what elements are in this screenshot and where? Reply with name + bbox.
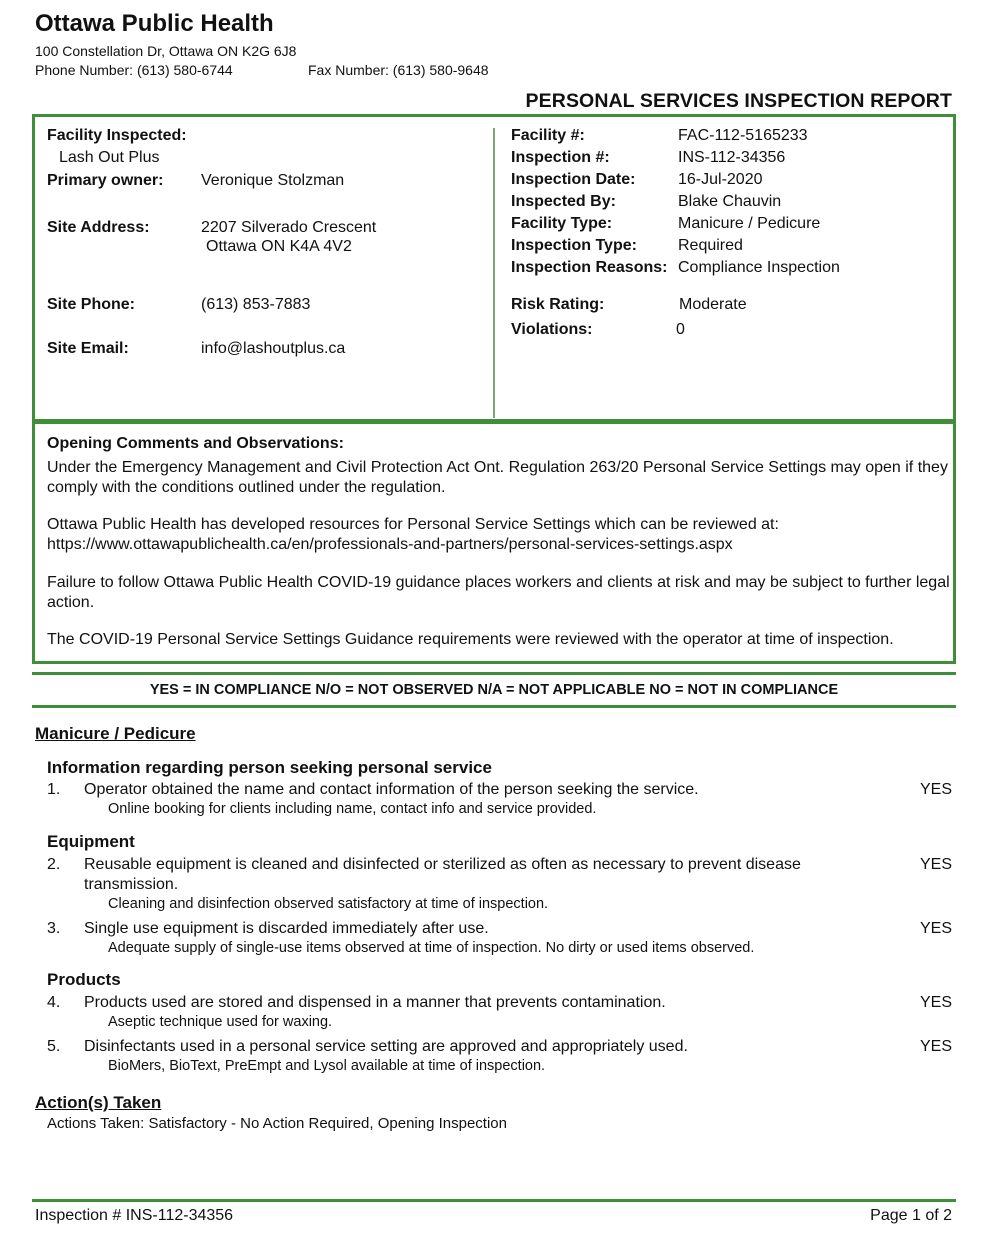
inspection-field-label: Facility Type: [511, 215, 612, 233]
risk-rating-label: Risk Rating: [511, 296, 604, 314]
item-text: Products used are stored and dispensed i… [84, 993, 804, 1013]
comments-title: Opening Comments and Observations: [47, 435, 344, 453]
report-title: PERSONAL SERVICES INSPECTION REPORT [526, 90, 952, 113]
item-number: 4. [47, 994, 60, 1012]
group-title: Information regarding person seeking per… [47, 758, 492, 778]
info-divider [493, 128, 495, 418]
footer-page-number: Page 1 of 2 [870, 1207, 952, 1225]
item-number: 5. [47, 1038, 60, 1056]
group-title: Products [47, 970, 121, 990]
actions-title: Action(s) Taken [35, 1093, 161, 1113]
inspection-field-value: Blake Chauvin [678, 193, 781, 211]
section-title: Manicure / Pedicure [35, 724, 196, 744]
risk-rating-value: Moderate [679, 296, 747, 314]
inspection-field-label: Inspection Type: [511, 237, 637, 255]
facility-inspected-label: Facility Inspected: [47, 127, 187, 145]
owner-label: Primary owner: [47, 172, 163, 190]
item-note: Online booking for clients including nam… [108, 801, 596, 817]
violations-value: 0 [676, 321, 685, 339]
inspection-field-label: Facility #: [511, 127, 585, 145]
item-note: BioMers, BioText, PreEmpt and Lysol avai… [108, 1058, 545, 1074]
inspection-field-value: Required [678, 237, 743, 255]
org-phone: Phone Number: (613) 580-6744 [35, 62, 233, 78]
comments-paragraph: Under the Emergency Management and Civil… [47, 458, 952, 498]
footer-inspection-number: Inspection # INS-112-34356 [35, 1207, 233, 1225]
item-number: 2. [47, 856, 60, 874]
comments-paragraph: Failure to follow Ottawa Public Health C… [47, 573, 952, 613]
inspection-field-label: Inspection #: [511, 149, 610, 167]
item-number: 1. [47, 781, 60, 799]
site-email-value: info@lashoutplus.ca [201, 340, 345, 358]
compliance-legend: YES = IN COMPLIANCE N/O = NOT OBSERVED N… [32, 682, 956, 698]
inspection-field-value: 16-Jul-2020 [678, 171, 763, 189]
site-phone-label: Site Phone: [47, 296, 135, 314]
item-note: Aseptic technique used for waxing. [108, 1014, 332, 1030]
inspection-field-value: FAC-112-5165233 [678, 127, 808, 145]
owner-value: Veronique Stolzman [201, 172, 344, 190]
legend-rule-top [32, 672, 956, 675]
comments-paragraph: Ottawa Public Health has developed resou… [47, 515, 952, 555]
inspection-field-label: Inspection Reasons: [511, 259, 667, 277]
item-status: YES [920, 781, 952, 799]
violations-label: Violations: [511, 321, 593, 339]
item-note: Adequate supply of single-use items obse… [108, 940, 754, 956]
inspection-field-value: Manicure / Pedicure [678, 215, 820, 233]
site-email-label: Site Email: [47, 340, 129, 358]
inspection-field-label: Inspected By: [511, 193, 616, 211]
item-status: YES [920, 920, 952, 938]
footer-rule [32, 1199, 956, 1202]
inspection-field-value: INS-112-34356 [678, 149, 785, 167]
item-text: Reusable equipment is cleaned and disinf… [84, 855, 804, 895]
site-phone-value: (613) 853-7883 [201, 296, 310, 314]
inspection-field-value: Compliance Inspection [678, 259, 840, 277]
item-status: YES [920, 1038, 952, 1056]
item-text: Disinfectants used in a personal service… [84, 1037, 804, 1057]
org-name: Ottawa Public Health [35, 10, 274, 38]
item-text: Operator obtained the name and contact i… [84, 780, 804, 800]
item-status: YES [920, 994, 952, 1012]
group-title: Equipment [47, 832, 135, 852]
org-fax: Fax Number: (613) 580-9648 [308, 62, 489, 78]
item-text: Single use equipment is discarded immedi… [84, 919, 804, 939]
comments-paragraph: The COVID-19 Personal Service Settings G… [47, 630, 952, 650]
site-address-line1: 2207 Silverado Crescent [201, 219, 376, 237]
facility-name: Lash Out Plus [59, 149, 160, 167]
item-note: Cleaning and disinfection observed satis… [108, 896, 548, 912]
item-status: YES [920, 856, 952, 874]
site-address-label: Site Address: [47, 219, 150, 237]
legend-rule-bottom [32, 705, 956, 708]
actions-text: Actions Taken: Satisfactory - No Action … [47, 1115, 507, 1132]
inspection-field-label: Inspection Date: [511, 171, 635, 189]
site-address-line2: Ottawa ON K4A 4V2 [206, 238, 352, 256]
item-number: 3. [47, 920, 60, 938]
org-address: 100 Constellation Dr, Ottawa ON K2G 6J8 [35, 43, 296, 59]
